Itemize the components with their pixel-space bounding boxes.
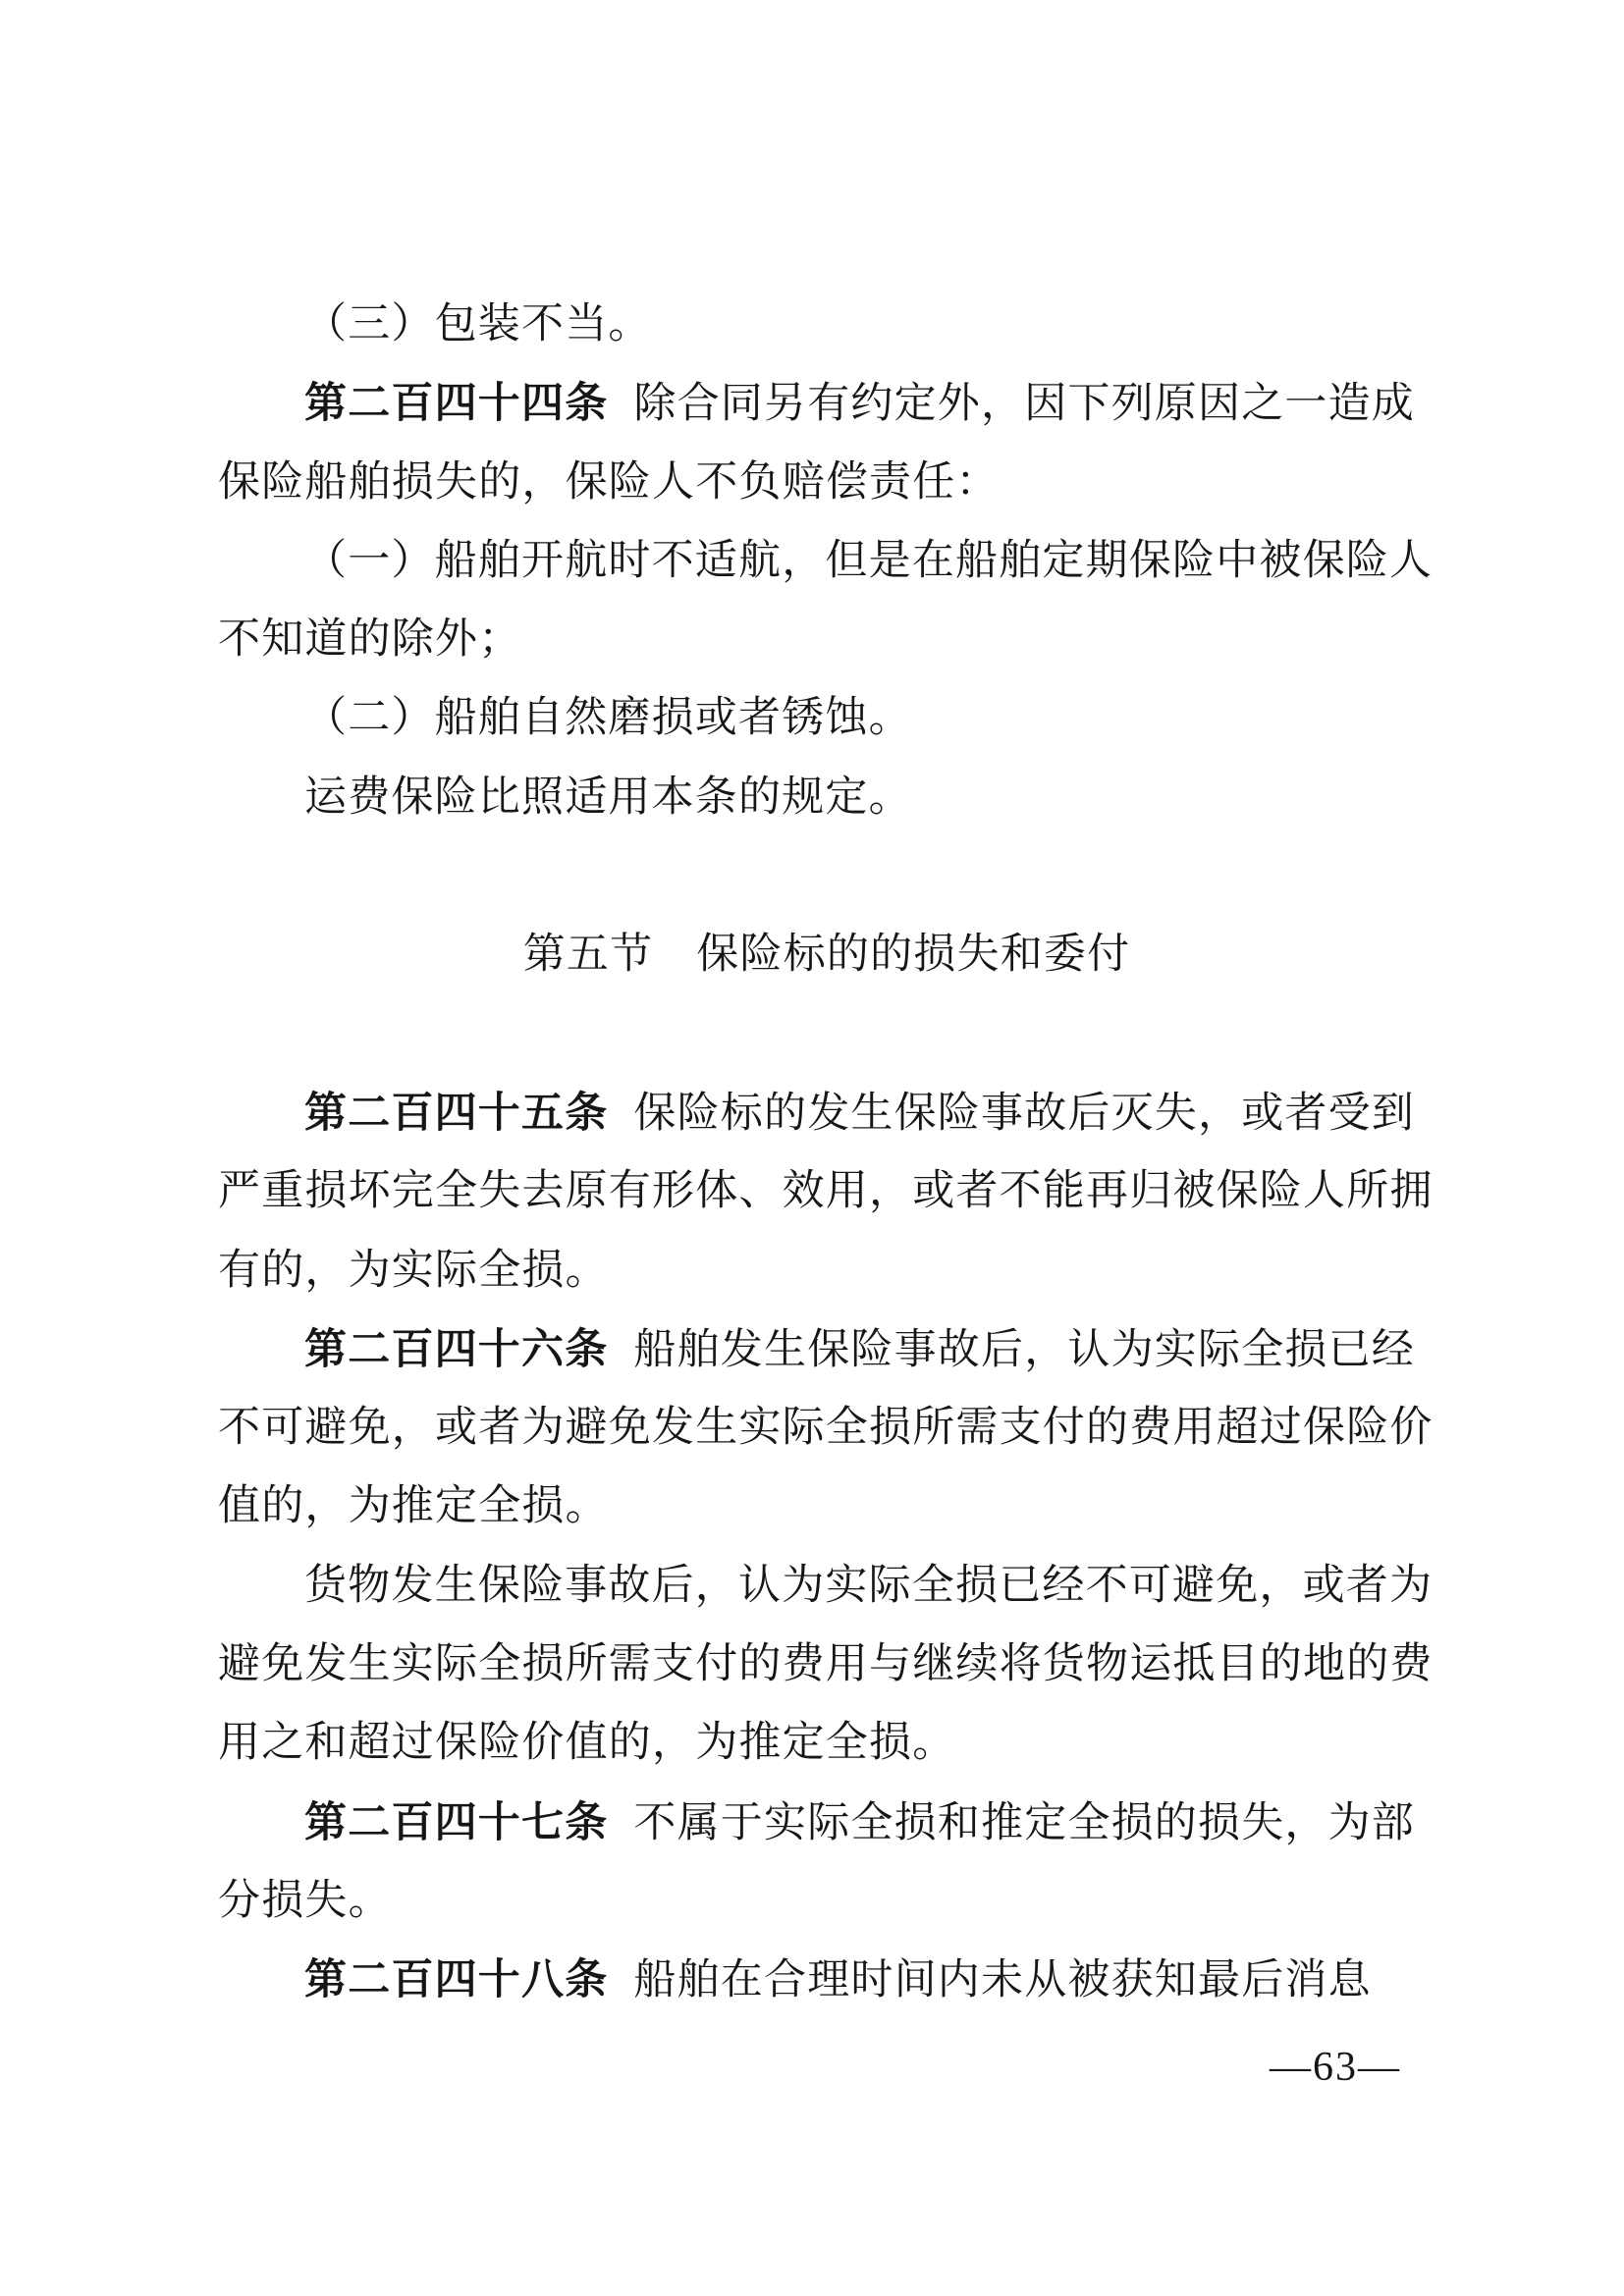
line-text: 值的，为推定全损。 xyxy=(218,1483,609,1529)
body-line: 不可避免，或者为避免发生实际全损所需支付的费用超过保险价 xyxy=(218,1389,1435,1468)
blank-line xyxy=(218,837,1435,916)
body-line: 货物发生保险事故后，认为实际全损已经不可避免，或者为 xyxy=(218,1547,1435,1626)
line-text: 用之和超过保险价值的，为推定全损。 xyxy=(218,1720,955,1766)
body-line: 有的，为实际全损。 xyxy=(218,1232,1435,1310)
article-number: 第二百四十五条 xyxy=(304,1090,608,1137)
section-heading: 第五节保险标的的损失和委付 xyxy=(218,916,1435,994)
line-text: 分损失。 xyxy=(218,1878,392,1924)
line-text: 船舶在合理时间内未从被获知最后消息 xyxy=(633,1957,1371,2003)
article-number: 第二百四十八条 xyxy=(304,1956,608,2003)
body-line-article-244: 第二百四十四条除合同另有约定外，因下列原因之一造成 xyxy=(218,364,1435,443)
line-text: 船舶发生保险事故后，认为实际全损已经 xyxy=(633,1327,1415,1373)
article-number: 第二百四十七条 xyxy=(304,1799,608,1846)
body-line: 严重损坏完全失去原有形体、效用，或者不能再归被保险人所拥 xyxy=(218,1152,1435,1231)
body-line: 运费保险比照适用本条的规定。 xyxy=(218,759,1435,837)
body-line: （二）船舶自然磨损或者锈蚀。 xyxy=(218,679,1435,758)
line-text: 有的，为实际全损。 xyxy=(218,1248,609,1294)
section-title: 保险标的的损失和委付 xyxy=(696,932,1130,978)
body-line: （三）包装不当。 xyxy=(218,286,1435,364)
body-line-article-248: 第二百四十八条船舶在合理时间内未从被获知最后消息 xyxy=(218,1941,1435,2019)
page-number: —63— xyxy=(1270,2044,1401,2091)
line-text: 除合同另有约定外，因下列原因之一造成 xyxy=(633,381,1415,427)
line-text: 不属于实际全损和推定全损的损失，为部 xyxy=(633,1800,1415,1846)
line-text: 避免发生实际全损所需支付的费用与继续将货物运抵目的地的费 xyxy=(218,1641,1434,1687)
line-text: 不可避免，或者为避免发生实际全损所需支付的费用超过保险价 xyxy=(218,1405,1434,1451)
line-text: 货物发生保险事故后，认为实际全损已经不可避免，或者为 xyxy=(304,1563,1433,1609)
article-number: 第二百四十四条 xyxy=(304,380,608,427)
line-text: 不知道的除外； xyxy=(218,616,521,663)
body-line: 用之和超过保险价值的，为推定全损。 xyxy=(218,1704,1435,1783)
body-line: （一）船舶开航时不适航，但是在船舶定期保险中被保险人 xyxy=(218,522,1435,601)
line-text: 保险船舶损失的，保险人不负赔偿责任： xyxy=(218,459,1000,506)
body-line: 值的，为推定全损。 xyxy=(218,1468,1435,1546)
line-text: 保险标的发生保险事故后灭失，或者受到 xyxy=(633,1091,1415,1137)
body-line-article-247: 第二百四十七条不属于实际全损和推定全损的损失，为部 xyxy=(218,1784,1435,1862)
body-line: 分损失。 xyxy=(218,1862,1435,1941)
body-line-article-245: 第二百四十五条保险标的发生保险事故后灭失，或者受到 xyxy=(218,1074,1435,1152)
line-text: （三）包装不当。 xyxy=(304,301,652,347)
body-text: （三）包装不当。 第二百四十四条除合同另有约定外，因下列原因之一造成 保险船舶损… xyxy=(218,286,1435,2020)
body-line: 避免发生实际全损所需支付的费用与继续将货物运抵目的地的费 xyxy=(218,1626,1435,1704)
article-number: 第二百四十六条 xyxy=(304,1326,608,1373)
line-text: （一）船舶开航时不适航，但是在船舶定期保险中被保险人 xyxy=(304,538,1433,584)
line-text: 严重损坏完全失去原有形体、效用，或者不能再归被保险人所拥 xyxy=(218,1168,1434,1214)
body-line: 不知道的除外； xyxy=(218,601,1435,679)
document-page: （三）包装不当。 第二百四十四条除合同另有约定外，因下列原因之一造成 保险船舶损… xyxy=(0,0,1624,2296)
body-line-article-246: 第二百四十六条船舶发生保险事故后，认为实际全损已经 xyxy=(218,1310,1435,1389)
section-number: 第五节 xyxy=(523,932,654,978)
body-line: 保险船舶损失的，保险人不负赔偿责任： xyxy=(218,444,1435,522)
line-text: （二）船舶自然磨损或者锈蚀。 xyxy=(304,695,912,741)
line-text: 运费保险比照适用本条的规定。 xyxy=(304,774,912,821)
blank-line xyxy=(218,995,1435,1074)
